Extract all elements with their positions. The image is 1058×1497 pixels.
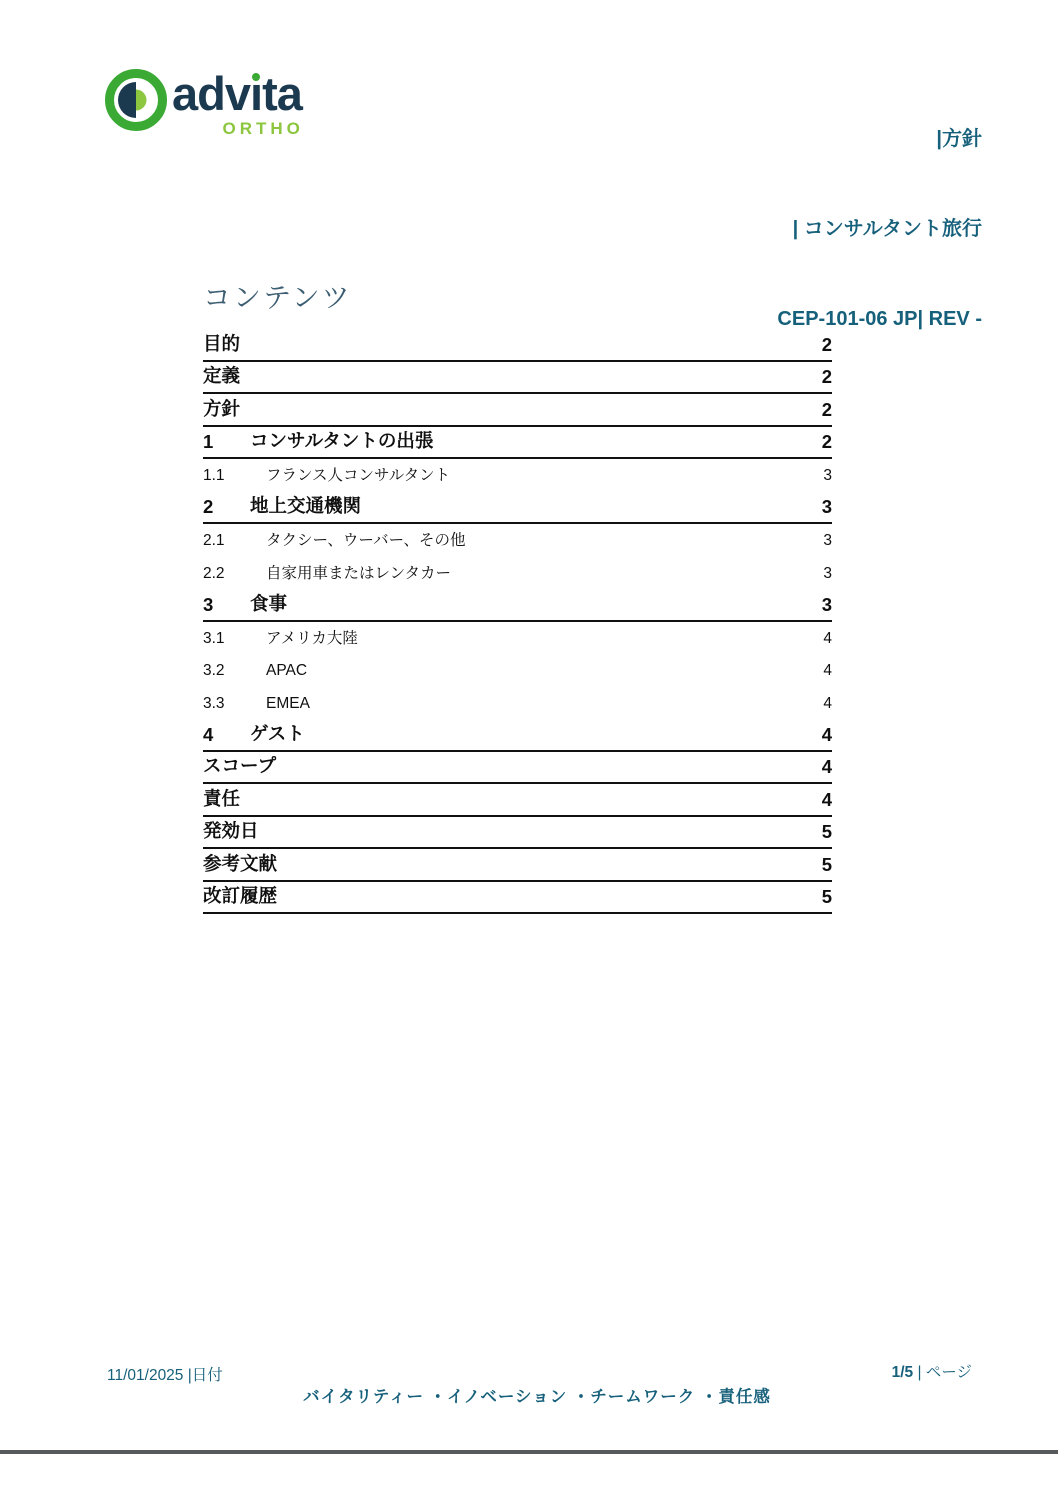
toc-entry-number: 3 bbox=[203, 594, 250, 616]
footer-page-label: | ページ bbox=[913, 1364, 972, 1381]
toc-entry[interactable]: 参考文献 5 bbox=[203, 852, 832, 882]
toc-entry-label: フランス人コンサルタント bbox=[266, 463, 450, 485]
toc-entry-page: 2 bbox=[822, 366, 832, 388]
toc-entry-page: 5 bbox=[822, 886, 832, 908]
toc-entry-label: タクシー、ウーバー、その他 bbox=[266, 528, 466, 550]
toc-title: コンテンツ bbox=[203, 281, 832, 315]
brand-subtitle: ORTHO bbox=[222, 119, 303, 139]
toc-entry-page: 4 bbox=[823, 695, 832, 713]
footer-tagline: バイタリティー ・イノベーション ・チームワーク ・責任感 bbox=[8, 1383, 1058, 1407]
logo-wordmark: advıta ORTHO bbox=[172, 70, 302, 139]
toc-entry-page: 5 bbox=[822, 821, 832, 843]
toc-entry-label: 改訂履歴 bbox=[203, 882, 277, 908]
toc-entry-label: ゲスト bbox=[250, 720, 305, 746]
brand-name: advıta bbox=[172, 70, 302, 118]
toc-entry[interactable]: 目的 2 bbox=[203, 332, 832, 362]
toc-entry-page: 3 bbox=[822, 594, 832, 616]
toc-entry-page: 2 bbox=[822, 399, 832, 421]
footer-page-indicator: 1/5 | ページ bbox=[892, 1360, 972, 1382]
toc-entry[interactable]: 改訂履歴 5 bbox=[203, 884, 832, 914]
page-edge-divider bbox=[0, 1450, 1058, 1454]
toc-entry-number: 1.1 bbox=[203, 467, 266, 485]
toc-list: 目的 2 定義 2 方針 2 1 コンサルタントの出張 2 1.1 フランス人コ… bbox=[203, 332, 832, 914]
toc-entry-label: APAC bbox=[266, 662, 307, 680]
toc-entry-label: 定義 bbox=[203, 362, 240, 388]
toc-entry-label: コンサルタントの出張 bbox=[250, 427, 433, 453]
toc-entry[interactable]: 3 食事 3 bbox=[203, 592, 832, 622]
advita-logo-icon bbox=[104, 68, 168, 132]
toc-entry-page: 4 bbox=[822, 724, 832, 746]
advita-logo: advıta ORTHO bbox=[104, 68, 302, 139]
toc-entry-number: 2 bbox=[203, 496, 250, 518]
toc-entry[interactable]: 1.1 フランス人コンサルタント 3 bbox=[203, 462, 832, 495]
toc-entry-label: 自家用車またはレンタカー bbox=[266, 561, 451, 583]
toc-entry-label: スコープ bbox=[203, 752, 276, 778]
toc-entry-page: 4 bbox=[823, 630, 832, 648]
toc-entry-page: 5 bbox=[822, 854, 832, 876]
toc-entry-page: 3 bbox=[823, 565, 832, 583]
toc-entry-label: アメリカ大陸 bbox=[266, 626, 358, 648]
toc-entry-label: 食事 bbox=[250, 590, 287, 616]
footer-page-number: 1/5 bbox=[892, 1364, 914, 1381]
toc-entry-label: 方針 bbox=[203, 395, 240, 421]
toc-entry-number: 1 bbox=[203, 431, 250, 453]
toc-entry-number: 2.2 bbox=[203, 565, 266, 583]
toc-entry-page: 4 bbox=[822, 756, 832, 778]
toc-entry-number: 4 bbox=[203, 724, 250, 746]
toc-entry-number: 3.1 bbox=[203, 630, 266, 648]
toc-entry[interactable]: 方針 2 bbox=[203, 397, 832, 427]
toc-entry[interactable]: 3.3 EMEA 4 bbox=[203, 689, 832, 722]
header-policy-line: |方針 bbox=[777, 124, 982, 154]
toc-entry[interactable]: 責任 4 bbox=[203, 787, 832, 817]
toc-entry-page: 2 bbox=[822, 334, 832, 356]
toc-entry-page: 3 bbox=[823, 532, 832, 550]
toc-entry[interactable]: 3.1 アメリカ大陸 4 bbox=[203, 624, 832, 657]
toc-entry[interactable]: 発効日 5 bbox=[203, 819, 832, 849]
toc-entry[interactable]: 2 地上交通機関 3 bbox=[203, 494, 832, 524]
toc-entry-page: 3 bbox=[822, 496, 832, 518]
toc-entry[interactable]: スコープ 4 bbox=[203, 754, 832, 784]
toc-entry-label: 目的 bbox=[203, 330, 240, 356]
toc-entry-number: 2.1 bbox=[203, 532, 266, 550]
toc-entry-page: 2 bbox=[822, 431, 832, 453]
toc-entry[interactable]: 1 コンサルタントの出張 2 bbox=[203, 429, 832, 459]
toc-entry[interactable]: 定義 2 bbox=[203, 364, 832, 394]
toc-entry[interactable]: 3.2 APAC 4 bbox=[203, 657, 832, 690]
header-title-line: | コンサルタント旅行 bbox=[777, 214, 982, 244]
toc-entry-label: 参考文献 bbox=[203, 850, 277, 876]
toc-entry[interactable]: 2.2 自家用車またはレンタカー 3 bbox=[203, 559, 832, 592]
toc-entry-page: 4 bbox=[822, 789, 832, 811]
toc-entry[interactable]: 4 ゲスト 4 bbox=[203, 722, 832, 752]
toc-entry-label: EMEA bbox=[266, 695, 310, 713]
toc-entry[interactable]: 2.1 タクシー、ウーバー、その他 3 bbox=[203, 527, 832, 560]
footer-date: 11/01/2025 |日付 bbox=[107, 1363, 223, 1385]
toc-entry-number: 3.2 bbox=[203, 662, 266, 680]
toc-entry-label: 責任 bbox=[203, 785, 240, 811]
brand-i-dot bbox=[252, 73, 260, 81]
toc-entry-label: 発効日 bbox=[203, 817, 259, 843]
toc-entry-label: 地上交通機関 bbox=[250, 492, 361, 518]
document-page: advıta ORTHO |方針 | コンサルタント旅行 CEP-101-06 … bbox=[0, 0, 1058, 1497]
toc-entry-page: 3 bbox=[823, 467, 832, 485]
table-of-contents: コンテンツ 目的 2 定義 2 方針 2 1 コンサルタントの出張 2 1.1 … bbox=[203, 281, 832, 917]
toc-entry-page: 4 bbox=[823, 662, 832, 680]
toc-entry-number: 3.3 bbox=[203, 695, 266, 713]
